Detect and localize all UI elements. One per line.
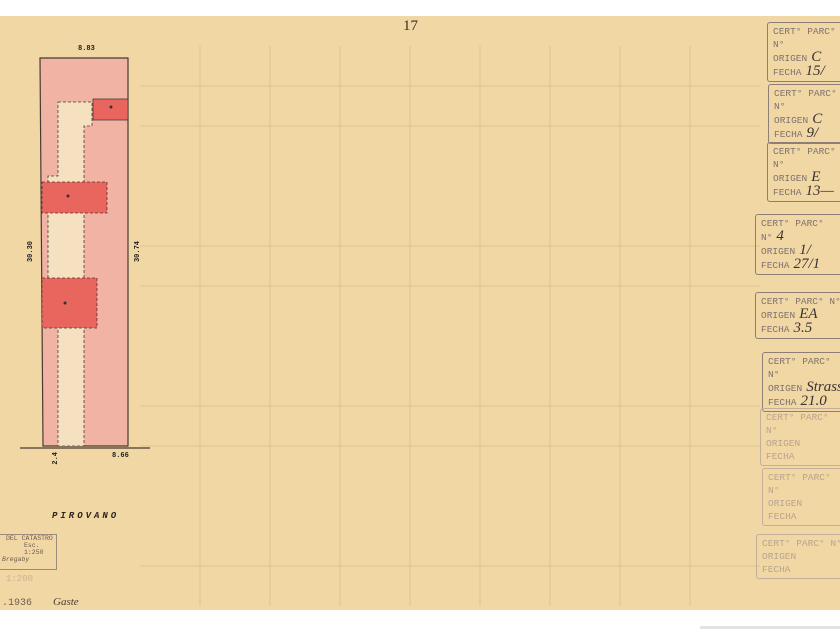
right-dimension: 30.74 — [134, 241, 142, 262]
street-name: PIROVANO — [52, 511, 119, 521]
front-dimension: 8.83 — [78, 45, 95, 53]
scale-label: 1:200 — [6, 574, 33, 584]
cert-stamp: CERT° PARC° N° ORIGENC FECHA9/ — [768, 84, 840, 144]
cert-stamp: CERT° PARC° N° ORIGENE FECHA13— — [767, 142, 840, 202]
date-label: .1936 — [2, 598, 32, 609]
cert-stamp: CERT° PARC° N°4 ORIGEN1/ FECHA27/1 — [755, 214, 840, 275]
bottom-right-dimension: 8.66 — [112, 452, 129, 460]
cert-stamp: CERT° PARC° N° ORIGENC FECHA15/ — [767, 22, 840, 82]
map-sheet: 17 8.83 30.30 30.74 8.66 2.4 PIROVANO CE… — [0, 16, 840, 610]
bottom-left-dimension: 2.4 — [52, 452, 60, 465]
faint-parcel-grid — [140, 46, 760, 606]
cert-stamp: CERT° PARC° N° ORIGENStrasser FECHA21.0 — [762, 352, 840, 412]
page-number: 17 — [403, 18, 418, 35]
signature: Gaste — [53, 596, 79, 608]
scroll-hint — [700, 626, 840, 629]
cert-stamp-blank: CERT° PARC° N°ORIGENFECHA — [756, 534, 840, 579]
cert-stamp: CERT° PARC° N° ORIGENEA FECHA3.5 — [755, 292, 840, 339]
cert-stamp-blank: CERT° PARC° N°ORIGENFECHA — [760, 408, 840, 466]
catastro-stamp: DEL CATASTRO Esc. 1:250 Bregaby — [0, 534, 57, 570]
left-dimension: 30.30 — [27, 241, 35, 262]
parcel-plan — [0, 16, 170, 476]
cert-stamp-blank: CERT° PARC° N°ORIGENFECHA — [762, 468, 840, 526]
